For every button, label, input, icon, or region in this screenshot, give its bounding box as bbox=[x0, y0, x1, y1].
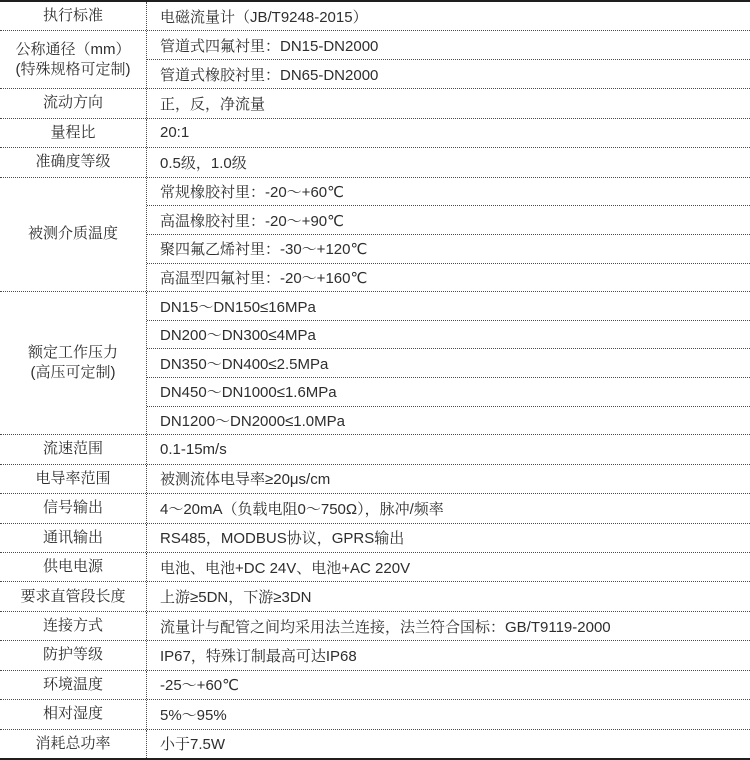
row-signal-output: 信号输出 4～20mA（负载电阻0～750Ω），脉冲/频率 bbox=[0, 494, 750, 523]
spec-label: 防护等级 bbox=[0, 641, 147, 669]
spec-label: 信号输出 bbox=[0, 494, 147, 522]
spec-label: 量程比 bbox=[0, 119, 147, 147]
spec-value: 4～20mA（负载电阻0～750Ω），脉冲/频率 bbox=[147, 494, 750, 522]
spec-label: 相对湿度 bbox=[0, 700, 147, 728]
spec-value: IP67，特殊订制最高可达IP68 bbox=[147, 641, 750, 669]
spec-value: 电磁流量计（JB/T9248-2015） bbox=[147, 2, 750, 30]
spec-value: DN200～DN300≤4MPa bbox=[147, 321, 750, 350]
spec-label: 电导率范围 bbox=[0, 465, 147, 493]
row-comm-output: 通讯输出 RS485，MODBUS协议，GPRS输出 bbox=[0, 524, 750, 553]
spec-label: 流速范围 bbox=[0, 435, 147, 463]
spec-value: 被测流体电导率≥20μs/cm bbox=[147, 465, 750, 493]
row-medium-temperature: 被测介质温度 常规橡胶衬里：-20～+60℃ 高温橡胶衬里：-20～+90℃ 聚… bbox=[0, 178, 750, 293]
row-relative-humidity: 相对湿度 5%～95% bbox=[0, 700, 750, 729]
label-text: 通讯输出 bbox=[43, 528, 103, 548]
spec-value: DN15～DN150≤16MPa bbox=[147, 292, 750, 321]
spec-value: 电池、电池+DC 24V、电池+AC 220V bbox=[147, 553, 750, 581]
spec-value: DN450～DN1000≤1.6MPa bbox=[147, 378, 750, 407]
spec-value: 20:1 bbox=[147, 119, 750, 147]
spec-value: 正，反，净流量 bbox=[147, 89, 750, 117]
spec-value: DN1200～DN2000≤1.0MPa bbox=[147, 407, 750, 435]
label-text: 执行标准 bbox=[43, 6, 103, 26]
spec-value: RS485，MODBUS协议，GPRS输出 bbox=[147, 524, 750, 552]
spec-label: 供电电源 bbox=[0, 553, 147, 581]
label-text: 要求直管段长度 bbox=[20, 587, 125, 607]
spec-label: 流动方向 bbox=[0, 89, 147, 117]
spec-table: 执行标准 电磁流量计（JB/T9248-2015） 公称通径（mm） (特殊规格… bbox=[0, 0, 750, 760]
spec-label: 执行标准 bbox=[0, 2, 147, 30]
spec-value: -25～+60℃ bbox=[147, 671, 750, 699]
row-connection-type: 连接方式 流量计与配管之间均采用法兰连接，法兰符合国标：GB/T9119-200… bbox=[0, 612, 750, 641]
row-protection-class: 防护等级 IP67，特殊订制最高可达IP68 bbox=[0, 641, 750, 670]
spec-label: 被测介质温度 bbox=[0, 178, 147, 292]
spec-label: 环境温度 bbox=[0, 671, 147, 699]
spec-value: 常规橡胶衬里：-20～+60℃ bbox=[147, 178, 750, 207]
spec-value: 流量计与配管之间均采用法兰连接，法兰符合国标：GB/T9119-2000 bbox=[147, 612, 750, 640]
spec-label: 额定工作压力 (高压可定制) bbox=[0, 292, 147, 434]
spec-label: 要求直管段长度 bbox=[0, 582, 147, 610]
label-subtext: (特殊规格可定制) bbox=[16, 60, 131, 80]
spec-value: 高温橡胶衬里：-20～+90℃ bbox=[147, 206, 750, 235]
label-text: 电导率范围 bbox=[35, 469, 110, 489]
label-text: 量程比 bbox=[50, 123, 95, 143]
row-nominal-diameter: 公称通径（mm） (特殊规格可定制) 管道式四氟衬里：DN15-DN2000 管… bbox=[0, 31, 750, 89]
label-text: 被测介质温度 bbox=[28, 224, 118, 244]
spec-value: 高温型四氟衬里：-20～+160℃ bbox=[147, 264, 750, 292]
row-power-supply: 供电电源 电池、电池+DC 24V、电池+AC 220V bbox=[0, 553, 750, 582]
label-text: 消耗总功率 bbox=[35, 734, 110, 754]
spec-value: 聚四氟乙烯衬里：-30～+120℃ bbox=[147, 235, 750, 264]
spec-value: 上游≥5DN，下游≥3DN bbox=[147, 582, 750, 610]
row-velocity-range: 流速范围 0.1-15m/s bbox=[0, 435, 750, 464]
row-turndown-ratio: 量程比 20:1 bbox=[0, 119, 750, 148]
label-text: 额定工作压力 bbox=[28, 343, 118, 363]
spec-value: 0.5级，1.0级 bbox=[147, 148, 750, 176]
spec-label: 通讯输出 bbox=[0, 524, 147, 552]
spec-label: 准确度等级 bbox=[0, 148, 147, 176]
spec-value: DN350～DN400≤2.5MPa bbox=[147, 349, 750, 378]
label-text: 供电电源 bbox=[43, 557, 103, 577]
row-working-pressure: 额定工作压力 (高压可定制) DN15～DN150≤16MPa DN200～DN… bbox=[0, 292, 750, 435]
label-text: 信号输出 bbox=[43, 498, 103, 518]
spec-label: 公称通径（mm） (特殊规格可定制) bbox=[0, 31, 147, 88]
row-accuracy-class: 准确度等级 0.5级，1.0级 bbox=[0, 148, 750, 177]
spec-value: 管道式四氟衬里：DN15-DN2000 bbox=[147, 31, 750, 60]
spec-label: 消耗总功率 bbox=[0, 730, 147, 758]
spec-value: 管道式橡胶衬里：DN65-DN2000 bbox=[147, 60, 750, 88]
spec-label: 连接方式 bbox=[0, 612, 147, 640]
spec-value: 小于7.5W bbox=[147, 730, 750, 758]
row-conductivity-range: 电导率范围 被测流体电导率≥20μs/cm bbox=[0, 465, 750, 494]
label-text: 相对湿度 bbox=[43, 704, 103, 724]
spec-value: 0.1-15m/s bbox=[147, 435, 750, 463]
spec-value: 5%～95% bbox=[147, 700, 750, 728]
label-subtext: (高压可定制) bbox=[31, 363, 116, 383]
label-text: 准确度等级 bbox=[35, 152, 110, 172]
label-text: 连接方式 bbox=[43, 616, 103, 636]
row-ambient-temperature: 环境温度 -25～+60℃ bbox=[0, 671, 750, 700]
row-execution-standard: 执行标准 电磁流量计（JB/T9248-2015） bbox=[0, 2, 750, 31]
label-text: 环境温度 bbox=[43, 675, 103, 695]
row-power-consumption: 消耗总功率 小于7.5W bbox=[0, 730, 750, 758]
label-text: 公称通径（mm） bbox=[16, 40, 131, 60]
row-flow-direction: 流动方向 正，反，净流量 bbox=[0, 89, 750, 118]
label-text: 流动方向 bbox=[43, 93, 103, 113]
label-text: 流速范围 bbox=[43, 439, 103, 459]
label-text: 防护等级 bbox=[43, 645, 103, 665]
row-straight-pipe-length: 要求直管段长度 上游≥5DN，下游≥3DN bbox=[0, 582, 750, 611]
